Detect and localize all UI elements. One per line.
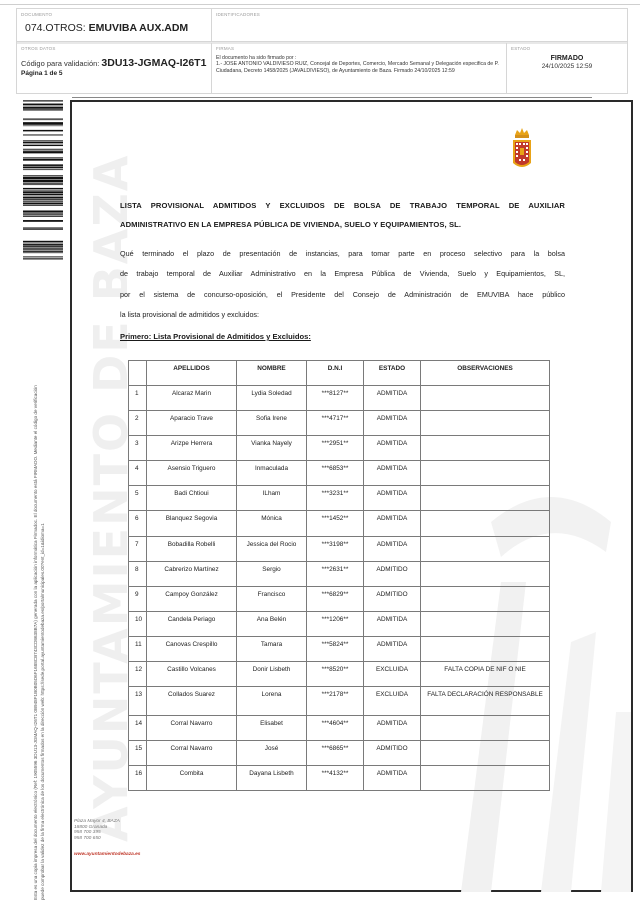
row-number: 3: [129, 436, 147, 461]
observaciones-cell: [421, 536, 550, 561]
row-number: 9: [129, 586, 147, 611]
table-row: 12Castillo VolcanesDonir Lisbeth***8520*…: [129, 662, 550, 687]
row-number: 1: [129, 386, 147, 411]
estado-cell: ADMITIDA: [364, 461, 421, 486]
observaciones-cell: [421, 461, 550, 486]
header-nombre: NOMBRE: [237, 361, 307, 386]
observaciones-cell: [421, 716, 550, 741]
nombre-cell: Mónica: [237, 511, 307, 536]
nombre-cell: Jessica del Rocio: [237, 536, 307, 561]
table-row: 13Collados SuarezLorena***2178**EXCLUIDA…: [129, 687, 550, 716]
otros-datos-cell: OTROS DATOS Código para validación:3DU13…: [17, 43, 212, 94]
apellidos-cell: Alcaraz Marin: [147, 386, 237, 411]
under-header-rule: [72, 97, 592, 98]
row-number: 7: [129, 536, 147, 561]
dni-cell: ***8520**: [307, 662, 364, 687]
table-row: 8Cabrerizo MartínezSergio***2631**ADMITI…: [129, 561, 550, 586]
observaciones-cell: [421, 511, 550, 536]
top-divider: [0, 4, 640, 5]
row-number: 10: [129, 611, 147, 636]
table-row: 2Aparacio TraveSofia Irene***4717**ADMIT…: [129, 411, 550, 436]
apellidos-cell: Asensio Triguero: [147, 461, 237, 486]
apellidos-cell: Badi Chtioui: [147, 486, 237, 511]
row-number: 11: [129, 636, 147, 661]
estado-cell: EXCLUIDA: [364, 662, 421, 687]
table-row: 15Corral NavarroJosé***6865**ADMITIDO: [129, 741, 550, 766]
header-apellidos: APELLIDOS: [147, 361, 237, 386]
apellidos-cell: Campoy González: [147, 586, 237, 611]
firmas-label: FIRMAS: [216, 46, 234, 51]
nombre-cell: Elisabet: [237, 716, 307, 741]
table-row: 5Badi ChtiouiILham***3231**ADMITIDA: [129, 486, 550, 511]
dni-cell: ***6865**: [307, 741, 364, 766]
observaciones-cell: [421, 766, 550, 791]
side-verification-text-2: puede comprobar la validez de la firma e…: [40, 523, 46, 900]
row-number: 14: [129, 716, 147, 741]
estado-cell: ADMITIDA: [364, 411, 421, 436]
estado-cell: ADMITIDA: [364, 486, 421, 511]
dni-cell: ***5824**: [307, 636, 364, 661]
dni-cell: ***6853**: [307, 461, 364, 486]
dni-cell: ***4132**: [307, 766, 364, 791]
nombre-cell: Donir Lisbeth: [237, 662, 307, 687]
dni-cell: ***2951**: [307, 436, 364, 461]
nombre-cell: Lydia Soledad: [237, 386, 307, 411]
row-number: 15: [129, 741, 147, 766]
observaciones-cell: [421, 436, 550, 461]
signature-header: DOCUMENTO 074.OTROS: EMUVIBA AUX.ADM IDE…: [16, 8, 628, 94]
estado-cell: ADMITIDA: [364, 386, 421, 411]
apellidos-cell: Blanquez Segovia: [147, 511, 237, 536]
identificadores-label: IDENTIFICADORES: [216, 12, 260, 17]
nombre-cell: Francisco: [237, 586, 307, 611]
dni-cell: ***1452**: [307, 511, 364, 536]
observaciones-cell: [421, 386, 550, 411]
estado-cell: ADMITIDO: [364, 741, 421, 766]
row-number: 12: [129, 662, 147, 687]
table-row: 7Bobadilla RobelliJessica del Rocio***31…: [129, 536, 550, 561]
barcode-icon: [23, 100, 63, 260]
table-row: 4Asensio TrigueroInmaculada***6853**ADMI…: [129, 461, 550, 486]
otros-datos-label: OTROS DATOS: [21, 46, 56, 51]
header-estado: ESTADO: [364, 361, 421, 386]
documento-cell: DOCUMENTO 074.OTROS: EMUVIBA AUX.ADM: [17, 9, 212, 42]
estado-cell: ADMITIDA: [364, 766, 421, 791]
table-row: 3Arizpe HerreraVianka Nayely***2951**ADM…: [129, 436, 550, 461]
table-header-row: APELLIDOS NOMBRE D.N.I ESTADO OBSERVACIO…: [129, 361, 550, 386]
coat-of-arms-icon: [510, 127, 534, 173]
document-page: AYUNTAMIENTO DE BAZA LISTA PROVISIONAL A…: [70, 100, 633, 892]
apellidos-cell: Castillo Volcanes: [147, 662, 237, 687]
row-number: 8: [129, 561, 147, 586]
nombre-cell: Tamara: [237, 636, 307, 661]
dni-cell: ***2631**: [307, 561, 364, 586]
estado-cell: ADMITIDA: [364, 536, 421, 561]
table-row: 16CombitaDayana Lisbeth***4132**ADMITIDA: [129, 766, 550, 791]
footer-address: Plaza Mayor 4, BAZA 18800 Granada 958 70…: [74, 819, 120, 841]
table-row: 1Alcaraz MarinLydia Soledad***8127**ADMI…: [129, 386, 550, 411]
document-title: LISTA PROVISIONAL ADMITIDOS Y EXCLUIDOS …: [120, 196, 565, 234]
estado-cell: ADMITIDO: [364, 561, 421, 586]
nombre-cell: Sofia Irene: [237, 411, 307, 436]
page-info: Página 1 de 5: [21, 70, 63, 77]
nombre-cell: Lorena: [237, 687, 307, 716]
table-row: 9Campoy GonzálezFrancisco***6829**ADMITI…: [129, 586, 550, 611]
observaciones-cell: [421, 636, 550, 661]
observaciones-cell: FALTA DECLARACIÓN RESPONSABLE: [421, 687, 550, 716]
dni-cell: ***1206**: [307, 611, 364, 636]
observaciones-cell: FALTA COPIA DE NIF O NIE: [421, 662, 550, 687]
nombre-cell: Inmaculada: [237, 461, 307, 486]
nombre-cell: Dayana Lisbeth: [237, 766, 307, 791]
apellidos-cell: Candela Periago: [147, 611, 237, 636]
apellidos-cell: Collados Suarez: [147, 687, 237, 716]
row-number: 16: [129, 766, 147, 791]
dni-cell: ***3198**: [307, 536, 364, 561]
estado-cell: ADMITIDA: [364, 611, 421, 636]
estado-value: FIRMADO: [507, 55, 627, 62]
table-row: 11Canovas CrespilloTamara***5824**ADMITI…: [129, 636, 550, 661]
estado-cell: ADMITIDA: [364, 511, 421, 536]
apellidos-cell: Bobadilla Robelli: [147, 536, 237, 561]
row-number: 13: [129, 687, 147, 716]
identificadores-cell: IDENTIFICADORES: [212, 9, 627, 42]
apellidos-cell: Combita: [147, 766, 237, 791]
estado-date: 24/10/2025 12:59: [507, 63, 627, 70]
header-number: [129, 361, 147, 386]
dni-cell: ***6829**: [307, 586, 364, 611]
dni-cell: ***2178**: [307, 687, 364, 716]
estado-cell: ESTADO FIRMADO 24/10/2025 12:59: [507, 43, 627, 94]
observaciones-cell: [421, 611, 550, 636]
estado-label: ESTADO: [511, 46, 530, 51]
apellidos-cell: Corral Navarro: [147, 716, 237, 741]
estado-cell: ADMITIDA: [364, 436, 421, 461]
validation-code-line: Código para validación:3DU13-JGMAQ-I26T1: [21, 57, 206, 69]
apellidos-cell: Aparacio Trave: [147, 411, 237, 436]
table-row: 14Corral NavarroElisabet***4604**ADMITID…: [129, 716, 550, 741]
dni-cell: ***4604**: [307, 716, 364, 741]
apellidos-cell: Cabrerizo Martínez: [147, 561, 237, 586]
row-number: 6: [129, 511, 147, 536]
observaciones-cell: [421, 741, 550, 766]
nombre-cell: Sergio: [237, 561, 307, 586]
observaciones-cell: [421, 411, 550, 436]
observaciones-cell: [421, 586, 550, 611]
estado-cell: ADMITIDO: [364, 586, 421, 611]
section-heading: Primero: Lista Provisional de Admitidos …: [120, 332, 311, 341]
estado-cell: EXCLUIDA: [364, 687, 421, 716]
apellidos-cell: Corral Navarro: [147, 741, 237, 766]
candidates-table: APELLIDOS NOMBRE D.N.I ESTADO OBSERVACIO…: [128, 360, 550, 791]
validation-code: 3DU13-JGMAQ-I26T1: [101, 57, 206, 69]
estado-cell: ADMITIDA: [364, 716, 421, 741]
nombre-cell: ILham: [237, 486, 307, 511]
row-number: 5: [129, 486, 147, 511]
header-dni: D.N.I: [307, 361, 364, 386]
apellidos-cell: Canovas Crespillo: [147, 636, 237, 661]
footer-website-link[interactable]: www.ayuntamientodebaza.es: [74, 852, 140, 857]
nombre-cell: José: [237, 741, 307, 766]
dni-cell: ***4717**: [307, 411, 364, 436]
header-observaciones: OBSERVACIONES: [421, 361, 550, 386]
firmas-text: El documento ha sido firmado por : 1.- J…: [216, 55, 506, 74]
observaciones-cell: [421, 486, 550, 511]
nombre-cell: Vianka Nayely: [237, 436, 307, 461]
observaciones-cell: [421, 561, 550, 586]
side-verification-text-1: Esta es una copia impresa del documento …: [33, 385, 39, 900]
firmas-cell: FIRMAS El documento ha sido firmado por …: [212, 43, 507, 94]
row-number: 2: [129, 411, 147, 436]
table-row: 6Blanquez SegoviaMónica***1452**ADMITIDA: [129, 511, 550, 536]
dni-cell: ***3231**: [307, 486, 364, 511]
table-row: 10Candela PeriagoAna Belén***1206**ADMIT…: [129, 611, 550, 636]
dni-cell: ***8127**: [307, 386, 364, 411]
document-name: 074.OTROS: EMUVIBA AUX.ADM: [25, 22, 188, 34]
documento-label: DOCUMENTO: [21, 12, 52, 17]
row-number: 4: [129, 461, 147, 486]
apellidos-cell: Arizpe Herrera: [147, 436, 237, 461]
nombre-cell: Ana Belén: [237, 611, 307, 636]
estado-cell: ADMITIDA: [364, 636, 421, 661]
intro-paragraph: Qué terminado el plazo de presentación d…: [120, 244, 565, 325]
